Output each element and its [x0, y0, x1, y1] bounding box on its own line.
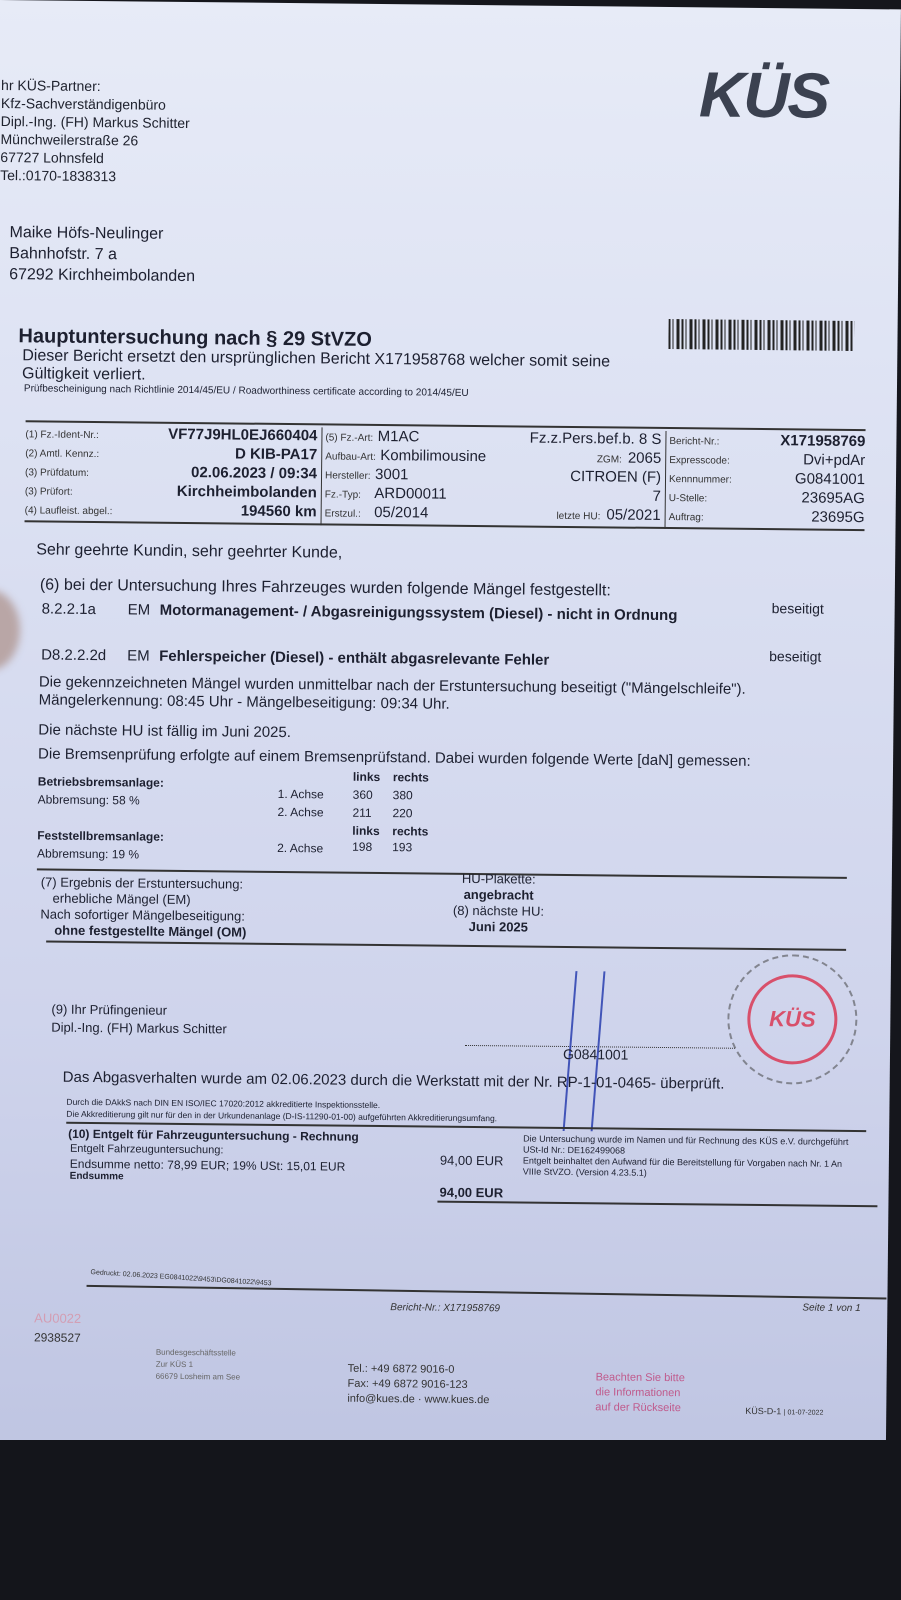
- inspection-report-page: hr KÜS-Partner: Kfz-Sachverständigenbüro…: [0, 0, 901, 1464]
- form-id: KÜS-D-1 | 01-07-2022: [745, 1406, 823, 1417]
- back-notice: Beachten Sie bitte die Informationen auf…: [595, 1370, 685, 1416]
- invoice-total-value: 94,00 EUR: [439, 1185, 503, 1201]
- next-hu-note: Die nächste HU ist fällig im Juni 2025.: [38, 720, 291, 742]
- parking-brake-title: Feststellbremsanlage:: [37, 828, 164, 843]
- defect-description: Fehlerspeicher (Diesel) - enthält abgasr…: [159, 648, 679, 670]
- axle-label: 2. Achse: [277, 805, 323, 819]
- partner-line: 67727 Lohnsfeld: [0, 148, 189, 168]
- defect-code: D8.2.2.2d: [41, 646, 127, 664]
- plakette-label: HU-Plakette:: [439, 871, 559, 888]
- vehicle-info-table: (1) Fz.-Ident-Nr.:VF77J9HL0EJ660404 (2) …: [25, 420, 866, 531]
- defect-category: EM: [128, 601, 160, 618]
- plakette-value: angebracht: [439, 887, 559, 904]
- axle-label: 1. Achse: [278, 787, 324, 801]
- next-hu-label: (8) nächste HU:: [438, 903, 558, 920]
- plakette-block: HU-Plakette: angebracht (8) nächste HU: …: [438, 871, 559, 936]
- plate-value: D KIB-PA17: [235, 445, 317, 463]
- greeting: Sehr geehrte Kundin, sehr geehrter Kunde…: [36, 541, 342, 562]
- field-label: Auftrag:: [669, 512, 704, 523]
- first-registration-value: 05/2014: [374, 504, 428, 522]
- manufacturer-code-value: 3001: [375, 466, 409, 483]
- defect-item: D8.2.2.2d EM Fehlerspeicher (Diesel) - e…: [41, 646, 679, 670]
- footer-report-number: Bericht-Nr.: X171958769: [390, 1302, 500, 1314]
- footer-code-number: 2938527: [34, 1330, 81, 1344]
- invoice-line-label: Entgelt Fahrzeuguntersuchung:: [70, 1143, 224, 1157]
- brake-value-left: 198: [352, 840, 372, 854]
- notice-line: auf der Rückseite: [595, 1400, 684, 1416]
- form-id-code: KÜS-D-1: [745, 1406, 781, 1416]
- mileage-value: 194560 km: [241, 503, 317, 521]
- field-label: Kennnummer:: [669, 474, 732, 486]
- page-number: Seite 1 von 1: [802, 1302, 860, 1314]
- recipient-address: Maike Höfs-Neulinger Bahnhofstr. 7 a 672…: [9, 222, 196, 287]
- field-label: Hersteller:: [325, 470, 371, 481]
- invoice-total-label: Endsumme: [70, 1171, 124, 1183]
- barcode: [668, 319, 854, 351]
- background-dark: [0, 1440, 901, 1600]
- field-label: (3) Prüfort:: [25, 486, 73, 497]
- express-code-value: Dvi+pdAr: [803, 451, 865, 469]
- zgm-value: 2065: [628, 450, 662, 467]
- u-stelle-value: 23695AG: [801, 489, 865, 507]
- next-hu-value: Juni 2025: [438, 919, 558, 936]
- col-left-header: links: [352, 824, 380, 838]
- notice-line: die Informationen: [595, 1385, 684, 1401]
- brake-value-left: 211: [352, 806, 371, 820]
- brake-results: Betriebsbremsanlage: Abbremsung: 58 % li…: [37, 766, 488, 871]
- recipient-line: Maike Höfs-Neulinger: [9, 222, 195, 245]
- seats-value: 7: [652, 488, 661, 505]
- vehicle-col-4: Bericht-Nr.:X171958769 Expresscode:Dvi+p…: [664, 431, 865, 531]
- id-number-value: G0841001: [795, 470, 865, 488]
- defects-heading: (6) bei der Untersuchung Ihres Fahrzeuge…: [40, 576, 611, 600]
- accreditation-line: Die Akkreditierung gilt nur für den in d…: [66, 1109, 497, 1124]
- form-date: 01-07-2022: [788, 1409, 824, 1416]
- vin-value: VF77J9HL0EJ660404: [168, 426, 317, 445]
- partner-line: hr KÜS-Partner:: [1, 76, 190, 96]
- inspector-block: (9) Ihr Prüfingenieur Dipl.-Ing. (FH) Ma…: [51, 1001, 227, 1039]
- make-value: CITROEN (F): [570, 468, 661, 486]
- field-label: Expresscode:: [669, 455, 730, 467]
- inspection-place-value: Kirchheimbolanden: [177, 483, 317, 501]
- result-after-value: ohne festgestellte Mängel (OM): [40, 922, 246, 940]
- result-block: (7) Ergebnis der Erstuntersuchung: erheb…: [40, 874, 247, 940]
- parking-brake-deceleration: Abbremsung: 19 %: [37, 846, 139, 861]
- col-right-header: rechts: [392, 824, 428, 838]
- office-line: 66679 Losheim am See: [156, 1371, 241, 1384]
- field-label: (1) Fz.-Ident-Nr.:: [25, 429, 98, 441]
- field-label: Fz.-Typ:: [325, 489, 361, 500]
- office-line: Bundesgeschäftsstelle: [156, 1347, 241, 1360]
- field-label: Aufbau-Art:: [325, 451, 376, 463]
- field-label: letzte HU:: [556, 511, 600, 522]
- exhaust-check-note: Das Abgasverhalten wurde am 02.06.2023 d…: [63, 1069, 725, 1093]
- defect-code: 8.2.2.1a: [42, 600, 128, 618]
- vehicle-col-3: Fz.z.Pers.bef.b. 8 S ZGM:2065 CITROEN (F…: [521, 429, 662, 525]
- brake-value-right: 380: [393, 788, 413, 802]
- inspection-date-value: 02.06.2023 / 09:34: [191, 464, 317, 482]
- brake-value-right: 220: [392, 806, 412, 820]
- recipient-line: 67292 Kirchheimbolanden: [9, 264, 195, 287]
- field-label: (2) Amtl. Kennz.:: [25, 448, 99, 460]
- field-label: U-Stelle:: [669, 493, 707, 504]
- vehicle-type-value: ARD00011: [374, 485, 446, 503]
- defect-times-note: Mängelerkennung: 08:45 Uhr - Mängelbesei…: [39, 690, 450, 713]
- defect-status: beseitigt: [769, 648, 821, 665]
- inspector-name: Dipl.-Ing. (FH) Markus Schitter: [51, 1019, 227, 1039]
- inspector-id: G0841001: [563, 1046, 629, 1063]
- defect-category: EM: [127, 647, 159, 664]
- order-value: 23695G: [811, 509, 865, 527]
- field-label: Bericht-Nr.:: [669, 436, 719, 448]
- partner-line: Tel.:0170-1838313: [0, 166, 189, 186]
- service-brake-deceleration: Abbremsung: 58 %: [38, 792, 140, 807]
- inspector-label: (9) Ihr Prüfingenieur: [51, 1001, 227, 1021]
- partner-line: Münchweilerstraße 26: [0, 130, 189, 150]
- divider: [46, 941, 846, 951]
- vehicle-col-1: (1) Fz.-Ident-Nr.:VF77J9HL0EJ660404 (2) …: [25, 424, 318, 522]
- field-label: (5) Fz.-Art:: [325, 432, 373, 443]
- email-web: info@kues.de · www.kues.de: [347, 1392, 489, 1408]
- invoice-heading: (10) Entgelt für Fahrzeuguntersuchung - …: [68, 1127, 359, 1144]
- field-label: (4) Laufleist. abgel.:: [25, 505, 113, 517]
- kues-logo: KÜS: [699, 57, 829, 132]
- defect-description: Motormanagement- / Abgasreinigungssystem…: [160, 602, 680, 624]
- brake-value-right: 193: [392, 840, 412, 854]
- notice-line: Beachten Sie bitte: [596, 1370, 685, 1386]
- last-hu-value: 05/2021: [606, 506, 660, 524]
- axle-label: 2. Achse: [277, 841, 323, 855]
- report-number-value: X171958769: [780, 432, 865, 450]
- head-office: Bundesgeschäftsstelle Zur KÜS 1 66679 Lo…: [156, 1347, 241, 1384]
- field-label: ZGM:: [597, 454, 622, 465]
- footer-code-red: AU0022: [34, 1310, 81, 1325]
- vehicle-class-value: M1AC: [378, 428, 420, 445]
- brake-value-left: 360: [353, 788, 373, 802]
- recipient-line: Bahnhofstr. 7 a: [9, 243, 195, 266]
- partner-address: hr KÜS-Partner: Kfz-Sachverständigenbüro…: [0, 76, 190, 186]
- invoice-side-notes: Die Untersuchung wurde im Namen und für …: [523, 1134, 849, 1181]
- partner-line: Dipl.-Ing. (FH) Markus Schitter: [1, 112, 190, 132]
- divider: [437, 1201, 877, 1207]
- field-label: (3) Prüfdatum:: [25, 467, 89, 479]
- contact-block: Tel.: +49 6872 9016-0 Fax: +49 6872 9016…: [347, 1362, 489, 1408]
- body-type-value: Kombilimousine: [380, 447, 486, 465]
- field-label: Erstzul.:: [325, 508, 361, 519]
- inspector-stamp: KÜS: [747, 974, 838, 1065]
- fax: Fax: +49 6872 9016-123: [347, 1377, 489, 1393]
- col-right-header: rechts: [393, 770, 429, 784]
- defect-item: 8.2.2.1a EM Motormanagement- / Abgasrein…: [42, 600, 680, 624]
- phone: Tel.: +49 6872 9016-0: [348, 1362, 490, 1378]
- accreditation-line: Durch die DAkkS nach DIN EN ISO/IEC 1702…: [66, 1097, 380, 1110]
- office-line: Zur KÜS 1: [156, 1359, 241, 1372]
- service-brake-title: Betriebsbremsanlage:: [38, 774, 164, 789]
- defect-status: beseitigt: [772, 600, 824, 617]
- vehicle-col-2: (5) Fz.-Art: M1AC Aufbau-Art: Kombilimou…: [321, 427, 522, 527]
- footer-divider: [87, 1285, 887, 1299]
- vehicle-usage-value: Fz.z.Pers.bef.b. 8 S: [530, 430, 662, 448]
- invoice-line-value: 94,00 EUR: [440, 1153, 504, 1169]
- partner-line: Kfz-Sachverständigenbüro: [1, 94, 190, 114]
- col-left-header: links: [353, 770, 381, 784]
